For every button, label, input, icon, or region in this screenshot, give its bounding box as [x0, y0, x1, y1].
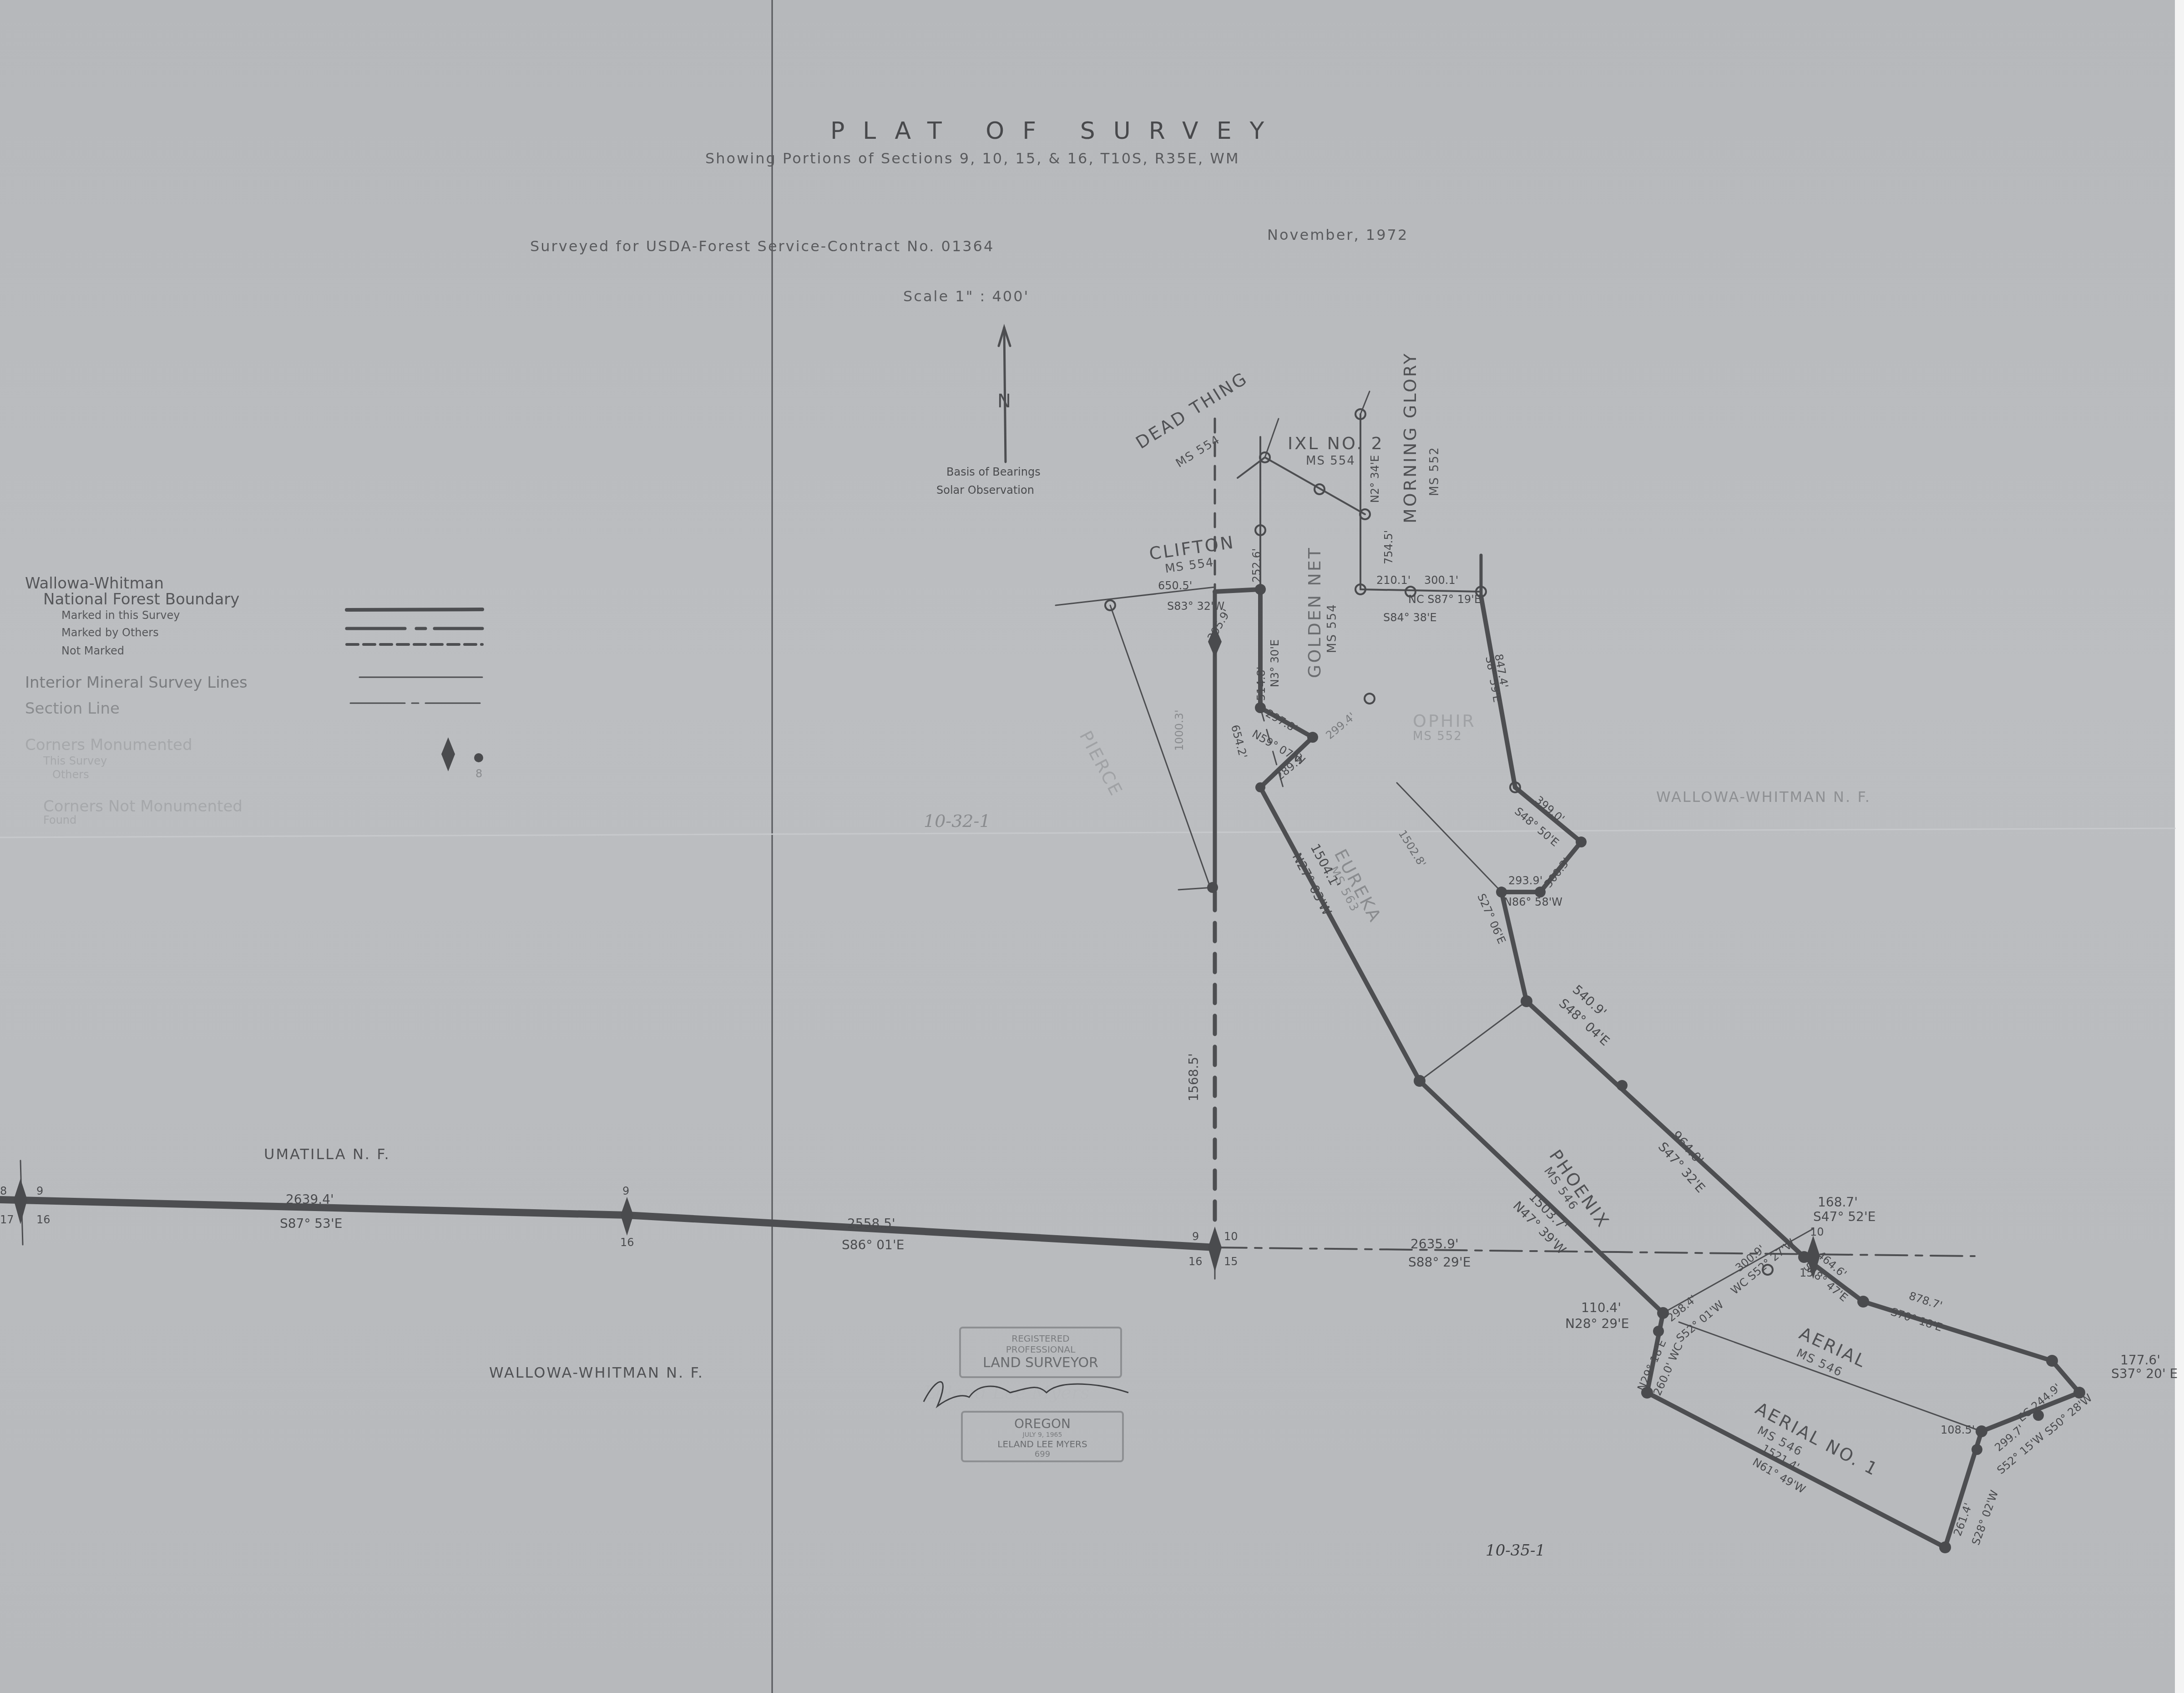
survey-date: November, 1972	[1267, 228, 1408, 242]
course-110-bearing: N28° 29'E	[1565, 1318, 1629, 1330]
phoenix-cross-line	[1420, 1001, 1527, 1081]
course-108-dist: 108.5'	[1941, 1424, 1975, 1435]
course-514-dist: 514.8'	[1256, 667, 1267, 701]
wallowa-whitman-nf-label: WALLOWA-WHITMAN N. F.	[489, 1365, 704, 1380]
phoenix-east-boundary	[1481, 596, 1804, 1257]
legend-boundary-title-2: National Forest Boundary	[43, 592, 239, 607]
corner-east-label-10: 10	[1810, 1227, 1824, 1237]
legend-not-marked: Not Marked	[61, 645, 124, 656]
corner-monument-9-10-16-15	[1208, 1227, 1222, 1272]
claim-ophir: OPHIR	[1413, 712, 1476, 730]
north-arrow-letter: N	[997, 392, 1011, 411]
course-650-dist: 650.5'	[1158, 580, 1192, 591]
legend-boundary-title-1: Wallowa-Whitman	[25, 576, 164, 591]
stamp-registered: REGISTERED	[961, 1333, 1120, 1344]
course-177-bearing: S37° 20' E	[2111, 1368, 2178, 1380]
legend-line-marked	[347, 609, 482, 610]
course-110-dist: 110.4'	[1581, 1302, 1621, 1314]
stamp-name: LELAND LEE MYERS	[963, 1439, 1122, 1450]
surveyor-stamp-bottom: OREGON JULY 9, 1965 LELAND LEE MYERS 699	[961, 1411, 1124, 1462]
handwritten-faint-number: 10-32-1	[924, 812, 991, 830]
legend-monument-diamond	[441, 737, 455, 771]
corner-monument-9-16	[621, 1197, 633, 1236]
corner-main-label-16: 16	[1188, 1256, 1203, 1267]
course-177-dist: 177.6'	[2120, 1354, 2160, 1367]
corner-label-17: 17	[0, 1214, 14, 1225]
course-1000-dist: 1000.3'	[1174, 710, 1185, 751]
course-168-dist: 168.7'	[1818, 1196, 1858, 1209]
pierce-diag-line	[1110, 605, 1210, 887]
umatilla-nf-label: UMATILLA N. F.	[264, 1147, 390, 1161]
legend-monument-dot	[474, 753, 483, 762]
stamp-professional: PROFESSIONAL	[961, 1344, 1120, 1355]
claim-morning-glory: MORNING GLORY	[1401, 352, 1419, 523]
course-514-bearing: N3° 30'E	[1269, 639, 1280, 687]
course-754-bearing: N2° 34'E	[1370, 455, 1380, 503]
legend-found: Found	[43, 815, 76, 826]
section-seg2-bearing: S86° 01'E	[842, 1239, 904, 1252]
course-168-bearing: S47° 52'E	[1813, 1211, 1876, 1223]
fold-crease	[0, 828, 2175, 837]
section-seg1-bearing: S87° 53'E	[280, 1217, 342, 1230]
section-seg3-distance: 2635.9'	[1410, 1238, 1459, 1251]
contract-line: Surveyed for USDA-Forest Service-Contrac…	[530, 239, 994, 253]
claim-golden-net: GOLDEN NET	[1306, 546, 1323, 678]
legend-this-survey: This Survey	[43, 755, 107, 766]
legend-corners-not-monumented: Corners Not Monumented	[43, 799, 243, 814]
course-210-dist: 210.1'	[1376, 575, 1410, 586]
page-subtitle: Showing Portions of Sections 9, 10, 15, …	[705, 151, 1239, 166]
legend-corners-monumented: Corners Monumented	[25, 737, 192, 753]
solar-observation: Solar Observation	[936, 485, 1034, 496]
morning-glory-south	[1360, 589, 1481, 592]
corner-main-label-10: 10	[1224, 1231, 1238, 1242]
surveyor-signature-text: Leland Lee Myers	[924, 1384, 1089, 1402]
section-line-marked	[0, 1200, 1215, 1247]
corner-mid-label-9: 9	[622, 1186, 629, 1196]
basis-of-bearings: Basis of Bearings	[946, 466, 1041, 477]
section-seg2-distance: 2558.5'	[847, 1217, 895, 1230]
corner-label-9: 9	[36, 1186, 43, 1196]
corner-label-8: 8	[0, 1186, 7, 1196]
stamp-number: 699	[963, 1450, 1122, 1459]
stamp-oregon: OREGON	[963, 1416, 1122, 1431]
corner-monument-8-9-17-16	[14, 1179, 27, 1224]
course-300a-bearing: NC S87° 19'E	[1408, 594, 1481, 605]
legend-section-line: Section Line	[25, 701, 120, 716]
corner-main-label-15: 15	[1224, 1256, 1238, 1267]
claim-golden-net-ms: MS 554	[1326, 603, 1338, 653]
stamp-date: JULY 9, 1965	[963, 1431, 1122, 1439]
corner-label-16: 16	[36, 1214, 51, 1225]
handwritten-file-number: 10-35-1	[1486, 1543, 1545, 1558]
legend-marked-this: Marked in this Survey	[61, 610, 180, 621]
legend-others: Others	[52, 769, 89, 780]
page-title: PLAT OF SURVEY	[830, 119, 1282, 143]
claim-ixl-no2-ms: MS 554	[1306, 455, 1355, 467]
claim-ophir-ms: MS 552	[1413, 730, 1462, 742]
course-584-bearing: S84° 38'E	[1383, 612, 1437, 623]
corner-main-label-9: 9	[1192, 1231, 1199, 1242]
section-seg3-bearing: S88° 29'E	[1408, 1256, 1471, 1269]
legend-symbol-number: 8	[475, 768, 482, 779]
course-650-bearing: S83° 32'W	[1167, 601, 1224, 612]
claim-ixl-no2: IXL NO. 2	[1288, 435, 1384, 452]
course-293-bearing: N86° 58'W	[1504, 897, 1562, 907]
corner-mid-label-16: 16	[620, 1237, 634, 1248]
stamp-land-surveyor: LAND SURVEYOR	[961, 1355, 1120, 1371]
course-252-dist: 252.6'	[1251, 548, 1262, 583]
course-754-dist: 754.5'	[1383, 530, 1394, 564]
legend-interior-lines: Interior Mineral Survey Lines	[25, 675, 248, 690]
surveyor-stamp-top: REGISTERED PROFESSIONAL LAND SURVEYOR	[959, 1327, 1122, 1378]
wallowa-whitman-nf-right-label: WALLOWA-WHITMAN N. F.	[1656, 790, 1871, 804]
scale-label: Scale 1" : 400'	[903, 289, 1029, 304]
claim-morning-glory-ms: MS 552	[1429, 446, 1441, 496]
course-300a-dist: 300.1'	[1424, 575, 1458, 586]
vertical-line-distance: 1568.5'	[1188, 1053, 1200, 1101]
legend-marked-others: Marked by Others	[61, 627, 159, 638]
section-seg1-distance: 2639.4'	[286, 1193, 334, 1206]
course-293-dist: 293.9'	[1508, 875, 1542, 886]
